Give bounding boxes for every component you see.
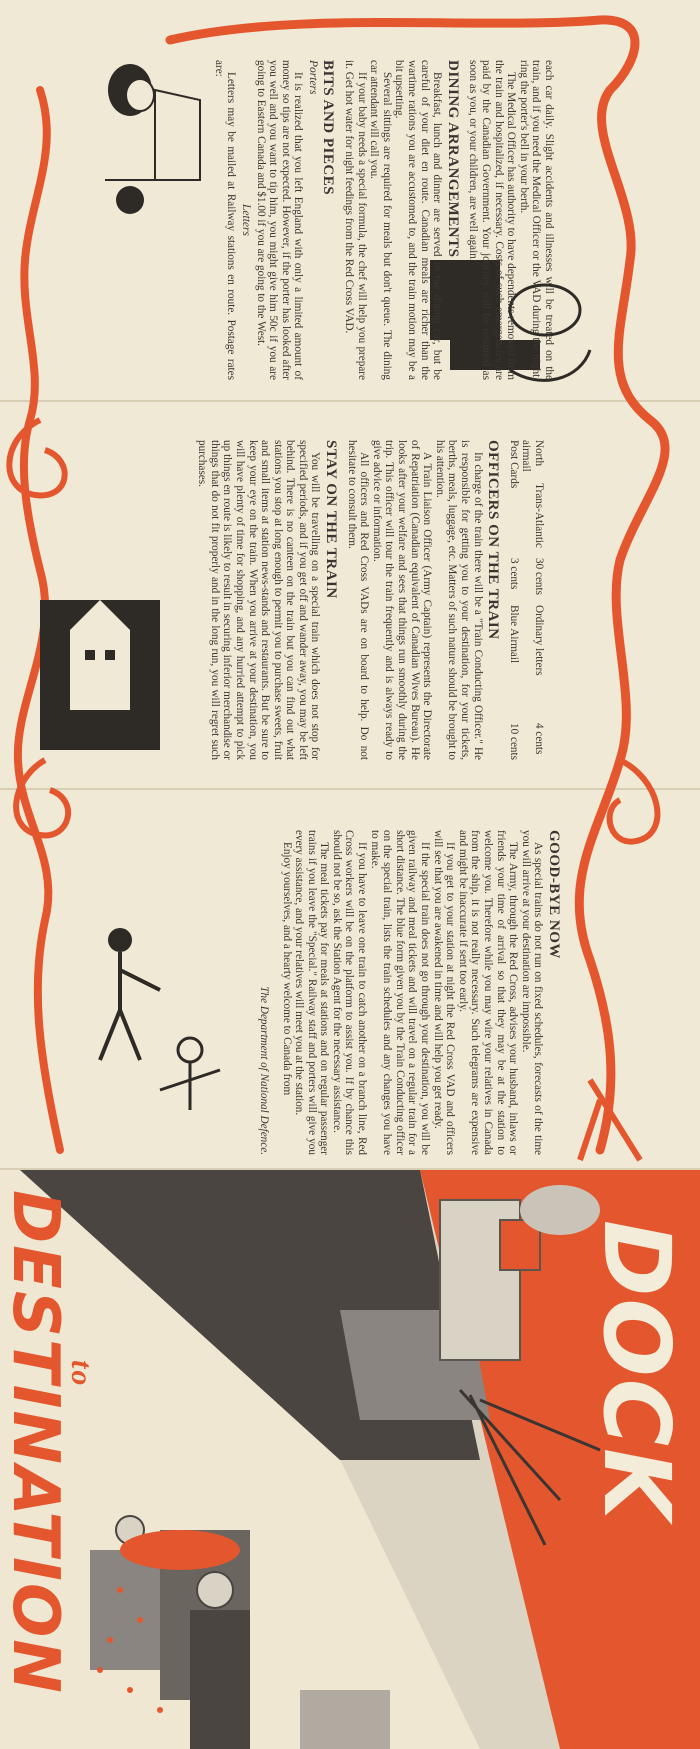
officers-paragraph-2: A Train Liaison Officer (Army Captain) r…: [370, 440, 433, 760]
goodbye-heading: GOOD-BYE NOW: [547, 830, 560, 1155]
rate-label: North Trans-Atlantic airmail: [520, 440, 545, 548]
dining-paragraph-1: Breakfast, lunch and dinner are served i…: [393, 60, 443, 380]
officers-paragraph-1: In charge of the train there will be a "…: [433, 440, 483, 760]
family-reunion-illustration: [90, 900, 240, 1130]
rate-label: Post Cards: [507, 440, 520, 548]
goodbye-paragraph-1: As special trains do not run on fixed sc…: [519, 830, 544, 1155]
nurse-with-baby-illustration: [95, 30, 205, 230]
rate-value: 30 cents: [520, 558, 545, 595]
porters-subheading: Porters: [306, 60, 319, 380]
rate-label: Blue Airmail: [507, 605, 520, 713]
letters-paragraph: Letters may be mailed at Railway station…: [212, 60, 237, 380]
stay-heading: STAY ON THE TRAIN: [325, 440, 338, 760]
panel-2: North Trans-Atlantic airmail 30 cents Or…: [196, 440, 545, 760]
cover-title-dock: DOCK: [583, 1220, 690, 1521]
officers-paragraph-3: All officers and Red Cross VADs are on b…: [345, 440, 370, 760]
goodbye-paragraph-4: If the special train does not go through…: [368, 830, 431, 1155]
porters-paragraph: It is realized that you left England wit…: [254, 60, 304, 380]
rate-value: 4 cents: [520, 723, 545, 760]
panel-1: each car daily. Slight accidents and ill…: [212, 60, 555, 380]
intro-paragraph: each car daily. Slight accidents and ill…: [517, 60, 555, 380]
panel-3: GOOD-BYE NOW As special trains do not ru…: [257, 830, 560, 1155]
goodbye-paragraph-2: The Army, through the Red Cross, advises…: [456, 830, 519, 1155]
officers-heading: OFFICERS ON THE TRAIN: [487, 440, 500, 760]
rate-value: 3 cents: [507, 558, 520, 595]
postage-rates-table: North Trans-Atlantic airmail 30 cents Or…: [507, 440, 545, 760]
goodbye-paragraph-5: If you have to leave one train to catch …: [330, 830, 368, 1155]
house-landscape-illustration: [30, 590, 170, 760]
stay-paragraph: You will be travelling on a special trai…: [196, 440, 322, 760]
goodbye-paragraph-6: The meal tickets pay for meals at statio…: [293, 830, 331, 1155]
dining-paragraph-3: If your baby needs a special formula, th…: [343, 60, 368, 380]
medical-paragraph: The Medical Officer has authority to hav…: [467, 60, 517, 380]
rate-value: 10 cents: [507, 723, 520, 760]
bits-heading: BITS AND PIECES: [322, 60, 335, 380]
dining-heading: DINING ARRANGEMENTS: [446, 60, 459, 380]
cover-panel: DOCK to DESTINATION: [0, 1170, 700, 1749]
letters-subheading: Letters: [239, 60, 252, 380]
signature: The Department of National Defence.: [257, 830, 270, 1155]
goodbye-paragraph-7: Enjoy yourselves, and a hearty welcome t…: [280, 830, 293, 1155]
dining-paragraph-2: Several sittings are required for meals …: [368, 60, 393, 380]
cover-title-destination: DESTINATION: [0, 1190, 72, 1695]
goodbye-paragraph-3: If you get to your station at night the …: [431, 830, 456, 1155]
rate-label: Ordinary letters: [520, 605, 545, 713]
